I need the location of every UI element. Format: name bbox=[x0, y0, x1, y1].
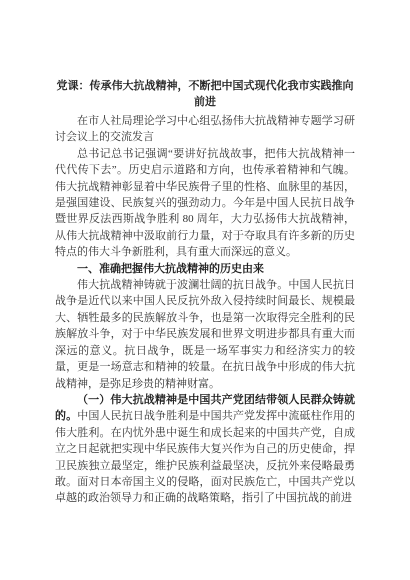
intro-paragraph: 总书记总书记强调“要讲好抗战故事，把伟大抗战精神一代代传下去”。历史启示道路和方… bbox=[55, 146, 355, 261]
section-1-point-1: （一）伟大抗战精神是中国共产党团结带领人民群众铸就的。中国人民抗日战争胜利是中国… bbox=[55, 392, 355, 507]
document-subtitle: 在市人社局理论学习中心组弘扬伟大抗战精神专题学习研讨会议上的交流发言 bbox=[55, 113, 355, 146]
section-heading-1: 一、准确把握伟大抗战精神的历史由来 bbox=[55, 261, 355, 277]
point-1-body-text: 中国人民抗日战争胜利是中国共产党发挥中流砥柱作用的伟大胜利。在内忧外患中诞生和成… bbox=[55, 410, 355, 504]
section-1-paragraph: 伟大抗战精神铸就于波澜壮阔的抗日战争。中国人民抗日战争是近代以来中国人民反抗外敌… bbox=[55, 277, 355, 392]
document-title: 党课：传承伟大抗战精神，不断把中国式现代化我市实践推向前进 bbox=[55, 78, 355, 110]
document-page: 党课：传承伟大抗战精神，不断把中国式现代化我市实践推向前进 在市人社局理论学习中… bbox=[55, 78, 355, 507]
